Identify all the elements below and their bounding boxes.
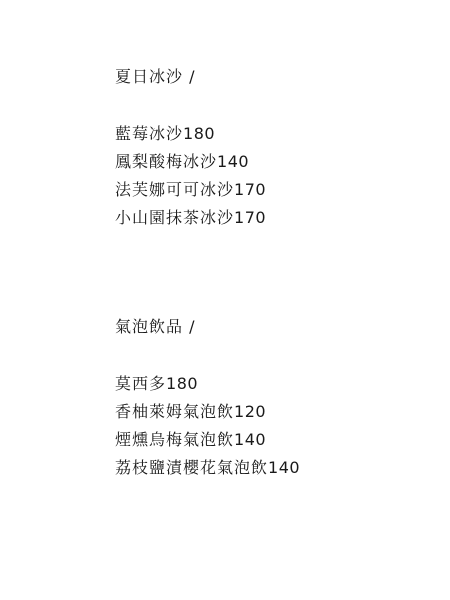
menu-item-list: 莫西多180 香柚萊姆氣泡飲120 煙燻烏梅氣泡飲140 荔枝鹽漬櫻花氣泡飲14… [115,374,300,486]
item-name: 小山園抹茶冰沙 [115,208,234,227]
menu-item: 藍莓冰沙180 [115,124,266,152]
item-name: 香柚萊姆氣泡飲 [115,402,234,421]
item-name: 莫西多 [115,374,166,393]
item-price: 180 [166,374,198,393]
item-price: 180 [183,124,215,143]
item-name: 煙燻烏梅氣泡飲 [115,430,234,449]
menu-item: 小山園抹茶冰沙170 [115,208,266,236]
section-title: 氣泡飲品 / [115,317,300,337]
menu-item: 荔枝鹽漬櫻花氣泡飲140 [115,458,300,486]
menu-item: 莫西多180 [115,374,300,402]
item-price: 140 [217,152,249,171]
menu-item-list: 藍莓冰沙180 鳳梨酸梅冰沙140 法芙娜可可冰沙170 小山園抹茶冰沙170 [115,124,266,236]
item-price: 140 [234,430,266,449]
item-price: 140 [268,458,300,477]
item-name: 鳳梨酸梅冰沙 [115,152,217,171]
section-sparkling-drinks: 氣泡飲品 / 莫西多180 香柚萊姆氣泡飲120 煙燻烏梅氣泡飲140 荔枝鹽漬… [115,317,300,486]
menu-item: 法芙娜可可冰沙170 [115,180,266,208]
item-price: 170 [234,208,266,227]
item-name: 藍莓冰沙 [115,124,183,143]
menu-item: 香柚萊姆氣泡飲120 [115,402,300,430]
item-price: 170 [234,180,266,199]
item-name: 法芙娜可可冰沙 [115,180,234,199]
section-title: 夏日冰沙 / [115,67,266,87]
item-name: 荔枝鹽漬櫻花氣泡飲 [115,458,268,477]
menu-item: 煙燻烏梅氣泡飲140 [115,430,300,458]
menu-item: 鳳梨酸梅冰沙140 [115,152,266,180]
item-price: 120 [234,402,266,421]
section-summer-smoothies: 夏日冰沙 / 藍莓冰沙180 鳳梨酸梅冰沙140 法芙娜可可冰沙170 小山園抹… [115,67,266,236]
